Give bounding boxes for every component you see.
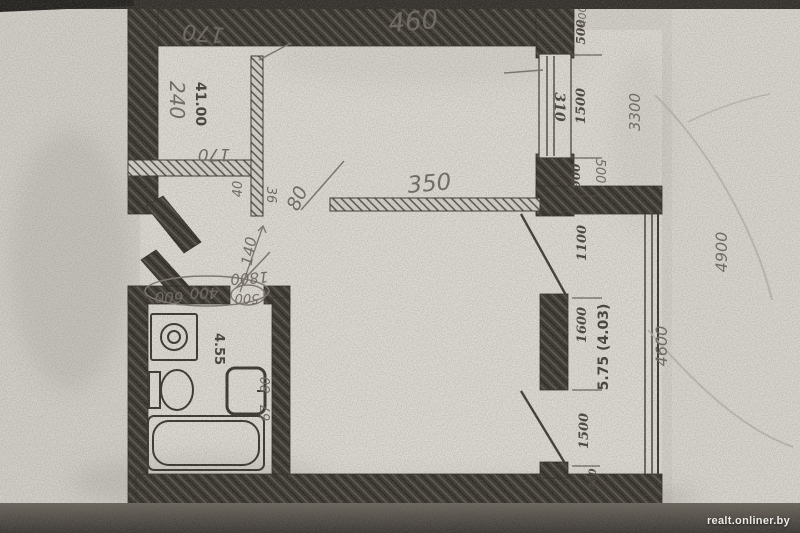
- floorplan-drawing: 41.00 4.55 310 500 1500 900 1100 1600 5.…: [0, 0, 800, 533]
- grain-overlay: [0, 0, 800, 533]
- watermark: realt.onliner.by: [707, 515, 790, 527]
- floorplan-photo: 41.00 4.55 310 500 1500 900 1100 1600 5.…: [0, 0, 800, 533]
